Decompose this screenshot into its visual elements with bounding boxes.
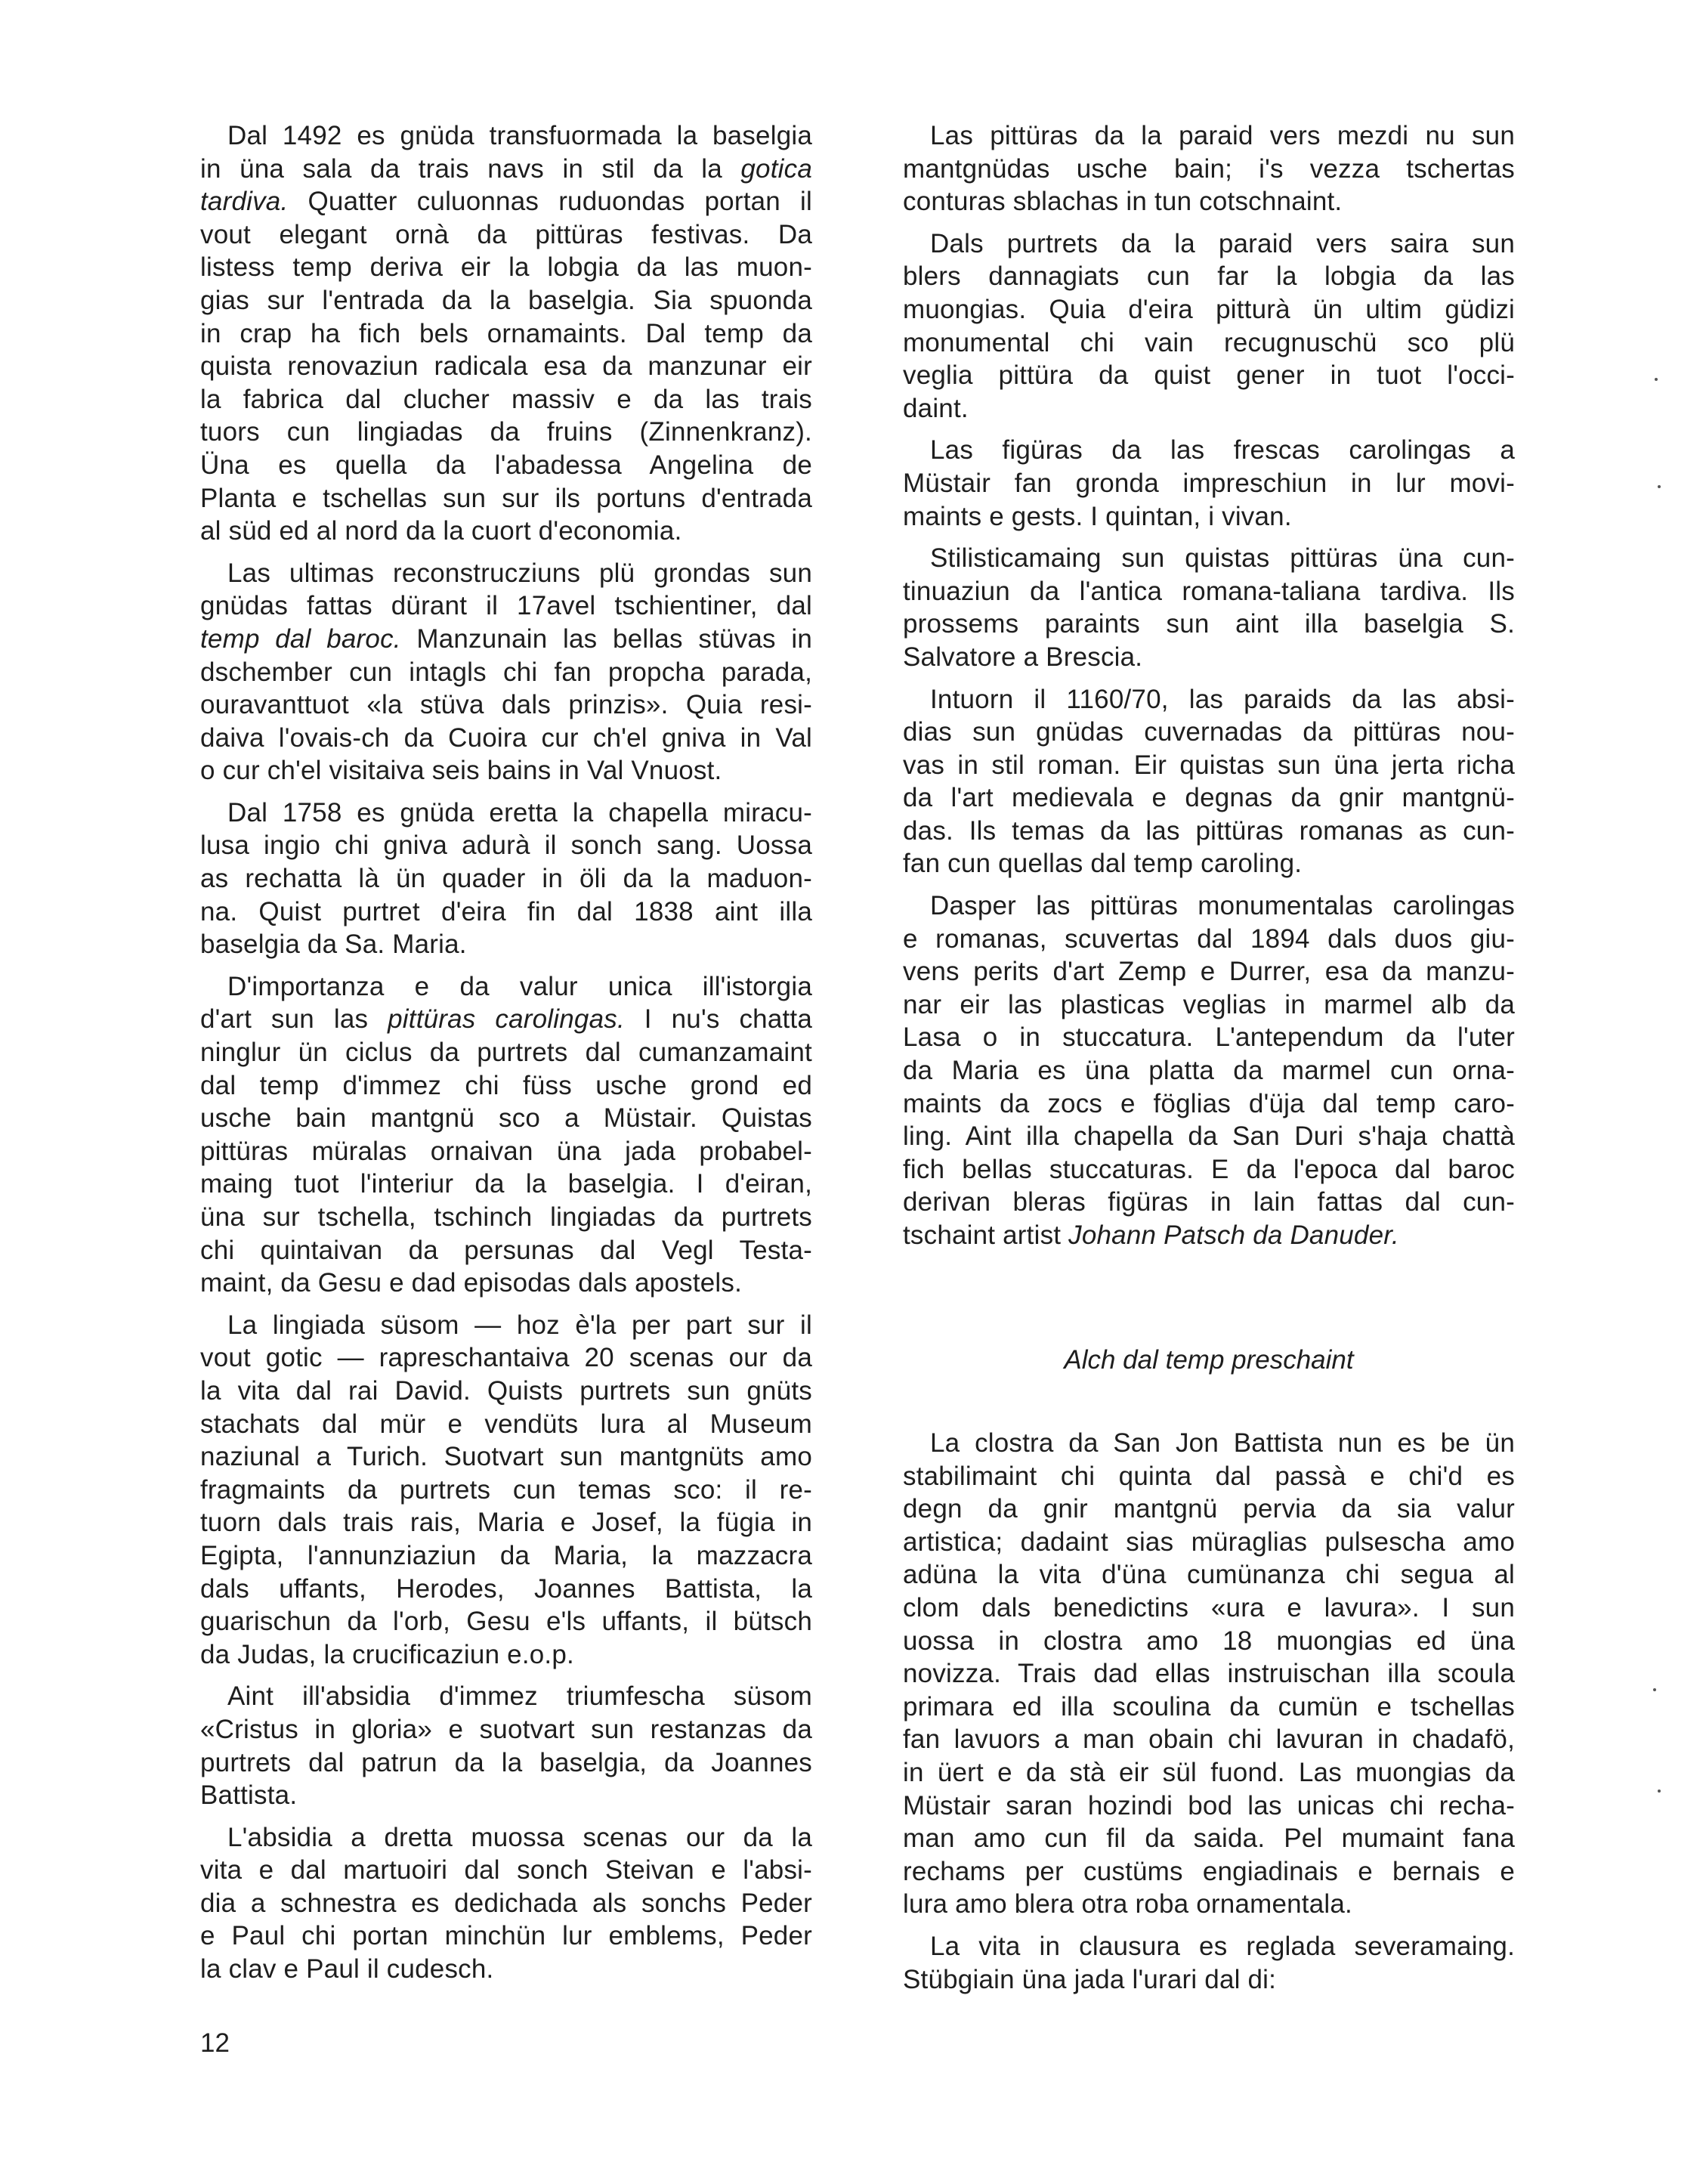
page-number: 12: [200, 2027, 230, 2060]
paragraph: Aint ill'absidia d'immez triumfescha süs…: [200, 1680, 812, 1811]
left-text-column: Dal 1492 es gnüda transfuormada la basel…: [200, 119, 812, 1995]
italic-term: Johann Patsch da Danuder.: [1068, 1220, 1399, 1250]
text-line: in crap ha fich bels ornamaints. Dal tem…: [200, 317, 812, 351]
text-line: e Paul chi portan minchün lur emblems, P…: [200, 1920, 812, 1953]
text-line: vens perits d'art Zemp e Durrer, esa da …: [903, 955, 1515, 988]
text-line: üna sur tschella, tschinch lingiadas da …: [200, 1201, 812, 1234]
text-line: listess temp deriva eir la lobgia da las…: [200, 251, 812, 284]
text-line: dal temp d'immez chi füss usche grond ed: [200, 1069, 812, 1103]
paragraph: Dals purtrets da la paraid vers saira su…: [903, 227, 1515, 425]
text-line: tardiva. Quatter culuonnas ruduondas por…: [200, 185, 812, 218]
text-line: stabilimaint chi quinta dal passà e chi'…: [903, 1460, 1515, 1493]
text-line: Egipta, l'annunziaziun da Maria, la mazz…: [200, 1539, 812, 1573]
paragraph: Las ultimas reconstrucziuns plü grondas …: [200, 557, 812, 787]
scan-speck: [1655, 378, 1658, 381]
italic-term: pittüras carolingas.: [388, 1004, 625, 1034]
text-line: e romanas, scuvertas dal 1894 dals duos …: [903, 923, 1515, 956]
text-line: ling. Aint illa chapella da San Duri s'h…: [903, 1120, 1515, 1153]
text-line: dschember cun intagls chi fan propcha pa…: [200, 656, 812, 689]
text-line: na. Quist purtret d'eira fin dal 1838 ai…: [200, 896, 812, 929]
text-line: Üna es quella da l'abadessa Angelina de: [200, 449, 812, 482]
text-line: La vita in clausura es reglada severamai…: [903, 1930, 1515, 1963]
right-text-column-upper: Las pittüras da la paraid vers mezdi nu …: [903, 119, 1515, 1261]
text-line: Stübgiain üna jada l'urari dal di:: [903, 1963, 1515, 1997]
text-line: da Maria es üna platta da marmel cun orn…: [903, 1054, 1515, 1087]
text-line: lusa ingio chi gniva adurà il sonch sang…: [200, 829, 812, 862]
text-line: fich bellas stuccaturas. E da l'epoca da…: [903, 1153, 1515, 1186]
text-line: artistica; dadaint sias müraglias pulses…: [903, 1526, 1515, 1559]
paragraph: La clostra da San Jon Battista nun es be…: [903, 1427, 1515, 1921]
text-line: al süd ed al nord da la cuort d'economia…: [200, 515, 812, 548]
text-line: guarischun da l'orb, Gesu e'ls uffants, …: [200, 1605, 812, 1638]
text-line: blers dannagiats cun far la lobgia da la…: [903, 260, 1515, 293]
text-line: stachats dal mür e vendüts lura al Museu…: [200, 1408, 812, 1441]
text-line: baselgia da Sa. Maria.: [200, 928, 812, 961]
text-line: Dasper las pittüras monumentalas carolin…: [903, 889, 1515, 923]
text-line: nar eir las plasticas veglias in marmel …: [903, 988, 1515, 1022]
text-line: primara ed illa scoulina da cumün e tsch…: [903, 1691, 1515, 1724]
text-line: vas in stil roman. Eir quistas sun üna j…: [903, 749, 1515, 782]
text-line: la vita dal rai David. Quists purtrets s…: [200, 1375, 812, 1408]
text-line: Müstair saran hozindi bod las unicas chi…: [903, 1790, 1515, 1823]
text-line: daint.: [903, 392, 1515, 425]
text-line: dias sun gnüdas cuvernadas da pittüras n…: [903, 716, 1515, 749]
text-line: maints e gests. I quintan, i vivan.: [903, 500, 1515, 534]
text-line: Battista.: [200, 1779, 812, 1812]
text-line: gias sur l'entrada da la baselgia. Sia s…: [200, 284, 812, 317]
text-line: Müstair fan gronda impreschiun in lur mo…: [903, 467, 1515, 500]
text-line: ouravanttuot «la stüva dals prinzis». Qu…: [200, 688, 812, 722]
italic-term: tardiva.: [200, 187, 288, 216]
text-line: vout gotic — rapreschantaiva 20 scenas o…: [200, 1341, 812, 1375]
text-line: Las ultimas reconstrucziuns plü grondas …: [200, 557, 812, 590]
text-line: as rechatta là ün quader in öli da la ma…: [200, 862, 812, 896]
text-line: Dal 1492 es gnüda transfuormada la basel…: [200, 119, 812, 153]
text-line: tinuaziun da l'antica romana-taliana tar…: [903, 575, 1515, 608]
text-line: maint, da Gesu e dad episodas dals apost…: [200, 1267, 812, 1300]
text-line: maints da zocs e föglias d'üja dal temp …: [903, 1087, 1515, 1121]
text-line: clom dals benedictins «ura e lavura». I …: [903, 1592, 1515, 1625]
text-line: daiva l'ovais-ch da Cuoira cur ch'el gni…: [200, 722, 812, 755]
section-heading: Alch dal temp preschaint: [903, 1344, 1515, 1377]
text-line: naziunal a Turich. Suotvart sun mantgnüt…: [200, 1440, 812, 1474]
text-line: purtrets dal patrun da la baselgia, da J…: [200, 1746, 812, 1780]
text-line: chi quintaivan da persunas dal Vegl Test…: [200, 1234, 812, 1267]
text-line: da Judas, la crucificaziun e.o.p.: [200, 1638, 812, 1672]
text-line: dia a schnestra es dedichada als sonchs …: [200, 1887, 812, 1920]
text-line: L'absidia a dretta muossa scenas our da …: [200, 1821, 812, 1855]
text-line: Stilisticamaing sun quistas pittüras üna…: [903, 542, 1515, 575]
text-line: Lasa o in stuccatura. L'antependum da l'…: [903, 1021, 1515, 1054]
text-line: ninglur ün ciclus da purtrets dal cumanz…: [200, 1036, 812, 1069]
text-line: muongias. Quia d'eira pitturà ün ultim g…: [903, 293, 1515, 326]
text-line: «Cristus in gloria» e suotvart sun resta…: [200, 1713, 812, 1746]
paragraph: Dal 1492 es gnüda transfuormada la basel…: [200, 119, 812, 548]
text-line: dals uffants, Herodes, Joannes Battista,…: [200, 1573, 812, 1606]
paragraph: D'importanza e da valur unica ill'istorg…: [200, 970, 812, 1300]
text-line: Dals purtrets da la paraid vers saira su…: [903, 227, 1515, 261]
text-line: fan cun quellas dal temp caroling.: [903, 847, 1515, 880]
text-line: tuors cun lingiadas da fruins (Zinnenkra…: [200, 416, 812, 449]
text-line: degn da gnir mantgnü pervia da sia valur: [903, 1493, 1515, 1526]
scan-speck: [1658, 1790, 1661, 1793]
text-line: monumental chi vain recugnuschü sco plü: [903, 326, 1515, 360]
text-line: La lingiada süsom — hoz è'la per part su…: [200, 1309, 812, 1342]
text-line: lura amo blera otra roba ornamentala.: [903, 1888, 1515, 1921]
text-line: la clav e Paul il cudesch.: [200, 1953, 812, 1986]
text-line: pittüras müralas ornaivan üna jada proba…: [200, 1135, 812, 1168]
paragraph: Intuorn il 1160/70, las paraids da las a…: [903, 683, 1515, 881]
paragraph: Las pittüras da la paraid vers mezdi nu …: [903, 119, 1515, 218]
text-line: Dal 1758 es gnüda eretta la chapella mir…: [200, 797, 812, 830]
text-line: vita e dal martuoiri dal sonch Steivan e…: [200, 1854, 812, 1887]
paragraph: Stilisticamaing sun quistas pittüras üna…: [903, 542, 1515, 673]
text-line: Las figüras da las frescas carolingas a: [903, 434, 1515, 467]
paragraph: Dasper las pittüras monumentalas carolin…: [903, 889, 1515, 1252]
text-line: maing tuot l'interiur da la baselgia. I …: [200, 1168, 812, 1201]
text-line: Las pittüras da la paraid vers mezdi nu …: [903, 119, 1515, 153]
paragraph: L'absidia a dretta muossa scenas our da …: [200, 1821, 812, 1986]
text-line: d'art sun las pittüras carolingas. I nu'…: [200, 1003, 812, 1036]
text-line: mantgnüdas usche bain; i's vezza tschert…: [903, 153, 1515, 186]
text-line: fragmaints da purtrets cun temas sco: il…: [200, 1474, 812, 1507]
scan-speck: [1653, 1688, 1656, 1691]
text-line: prossems paraints sun aint illa baselgia…: [903, 608, 1515, 641]
document-page: Dal 1492 es gnüda transfuormada la basel…: [0, 0, 1706, 2184]
text-line: la fabrica dal clucher massiv e da las t…: [200, 383, 812, 416]
text-line: conturas sblachas in tun cotschnaint.: [903, 185, 1515, 218]
text-line: derivan bleras figüras in lain fattas da…: [903, 1186, 1515, 1219]
text-line: Planta e tschellas sun sur ils portuns d…: [200, 482, 812, 515]
text-line: gnüdas fattas dürant il 17avel tschienti…: [200, 589, 812, 623]
text-line: temp dal baroc. Manzunain las bellas stü…: [200, 623, 812, 656]
text-line: tuorn dals trais rais, Maria e Josef, la…: [200, 1506, 812, 1539]
text-line: vout elegant ornà da pittüras festivas. …: [200, 218, 812, 252]
italic-term: temp dal baroc.: [200, 624, 401, 654]
text-line: man amo cun fil da saida. Pel mumaint fa…: [903, 1822, 1515, 1855]
paragraph: La lingiada süsom — hoz è'la per part su…: [200, 1309, 812, 1672]
text-line: La clostra da San Jon Battista nun es be…: [903, 1427, 1515, 1460]
text-line: quista renovaziun radicala esa da manzun…: [200, 350, 812, 383]
text-line: Intuorn il 1160/70, las paraids da las a…: [903, 683, 1515, 716]
italic-term: gotica: [740, 154, 812, 184]
text-line: fan lavuors a man obain chi lavuran in c…: [903, 1723, 1515, 1756]
paragraph: La vita in clausura es reglada severamai…: [903, 1930, 1515, 1996]
scan-speck: [1658, 485, 1661, 488]
text-line: D'importanza e da valur unica ill'istorg…: [200, 970, 812, 1004]
text-line: veglia pittüra da quist gener in tuot l'…: [903, 359, 1515, 392]
text-line: usche bain mantgnü sco a Müstair. Quista…: [200, 1102, 812, 1135]
text-line: novizza. Trais dad ellas instruischan il…: [903, 1657, 1515, 1691]
text-line: Salvatore a Brescia.: [903, 641, 1515, 674]
text-line: rechams per custüms engiadinais e bernai…: [903, 1855, 1515, 1889]
paragraph: Las figüras da las frescas carolingas aM…: [903, 434, 1515, 533]
paragraph: Dal 1758 es gnüda eretta la chapella mir…: [200, 797, 812, 961]
text-line: adüna la vita d'üna cumünanza chi segua …: [903, 1558, 1515, 1592]
text-line: Aint ill'absidia d'immez triumfescha süs…: [200, 1680, 812, 1713]
text-line: o cur ch'el visitaiva seis bains in Val …: [200, 754, 812, 787]
text-line: tschaint artist Johann Patsch da Danuder…: [903, 1219, 1515, 1252]
text-line: das. Ils temas da las pittüras romanas a…: [903, 815, 1515, 848]
text-line: in üna sala da trais navs in stil da la …: [200, 153, 812, 186]
text-line: da l'art medievala e degnas da gnir mant…: [903, 781, 1515, 815]
text-line: uossa in clostra amo 18 muongias ed üna: [903, 1625, 1515, 1658]
text-line: in üert e da stà eir sül fuond. Las muon…: [903, 1756, 1515, 1790]
right-text-column-lower: La clostra da San Jon Battista nun es be…: [903, 1427, 1515, 2005]
